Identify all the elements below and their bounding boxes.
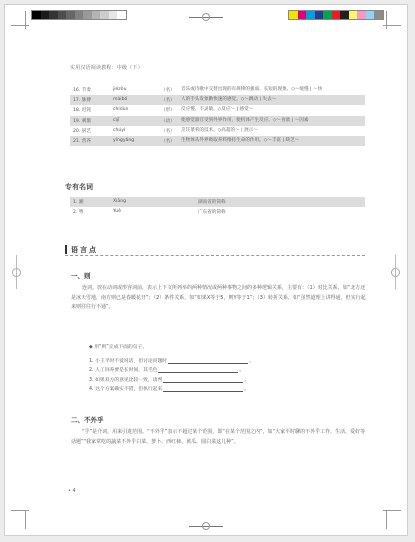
vocab-def: 烹饪菜肴的技术。◇高超的～ | 展示～ [181,128,365,134]
vocab-row: 17. 脉搏màibó（名）人的手头发象勤快速的感觉。◇～跳动 | 失去～ [70,95,365,105]
crop-mark [25,511,26,529]
vocab-pinyin: yíngyǎng [113,138,161,143]
language-points-heading: 语言点 [65,244,365,256]
vocab-pinyin: jiézòu [113,87,161,92]
proper-noun-pinyin: Xiāng [113,199,198,205]
color-swatch [332,11,341,19]
crop-mark [11,510,29,511]
answer-blank [168,358,248,364]
gray-swatch [109,11,118,19]
vocab-pinyin: chídùn [113,107,161,112]
color-swatch [315,11,324,19]
proper-noun-def: 广东省的简称 [198,209,365,215]
gray-swatch [75,11,84,19]
vocab-pinyin: cìjī [113,118,161,123]
gray-swatch [66,11,75,19]
exercise-text: 3. 如果双方的意见比较一致，谈判 [89,376,162,383]
exercise-text: 1. 小王平时不爱说话，但讨论问题时 [89,357,167,364]
vocab-pos: （名） [161,87,181,93]
color-swatch [289,11,298,19]
gray-swatch [41,11,50,19]
vocab-row: 20. 厨艺chúyì（名）烹饪菜肴的技术。◇高超的～ | 展示～ [70,126,365,136]
vocab-row: 21. 营养yíngyǎng（名）生物体从外界吸取养料维持生命的作用。◇～丰富 … [70,136,365,146]
vocab-def: 音乐或诗歌中交替出现的有规律的强弱、长短的现象。◇～缓慢 | ～快 [181,87,365,93]
exercise-item: 3. 如果双方的意见比较一致，谈判。 [89,373,254,383]
proper-nouns-table: 1. 湘Xiāng湖南省的简称2. 粤Yuè广东省的简称 [70,197,365,217]
vocab-pinyin: chúyì [113,128,161,133]
vocab-row: 16. 节奏jiézòu（名）音乐或诗歌中交替出现的有规律的强弱、长短的现象。◇… [70,85,365,95]
vocab-pos: （名） [161,128,181,134]
vocabulary-table: 16. 节奏jiézòu（名）音乐或诗歌中交替出现的有规律的强弱、长短的现象。◇… [70,85,365,146]
crop-mark [25,11,26,29]
language-points-title: 语言点 [71,245,98,255]
vocab-pos: （形） [161,107,181,113]
color-swatch [306,11,315,19]
proper-noun-row: 1. 湘Xiāng湖南省的简称 [70,197,365,207]
crop-mark [386,11,387,29]
vocab-def: 生物体从外界吸取养料维持生命的作用。◇～丰富 | 缺乏～ [181,138,365,144]
gray-swatch [32,11,41,19]
cmyk-color-bar [288,10,384,20]
page-number: • 4 [68,488,76,494]
vocab-num: 21. 营养 [73,138,113,144]
vocab-def: 反应慢，不灵敏。◇反应～ | 感觉～ [181,107,365,113]
vocab-num: 17. 脉搏 [73,97,113,103]
vocab-num: 19. 刺激 [73,118,113,124]
answer-blank [163,386,243,392]
registration-mark-icon [189,13,223,22]
gray-swatch [49,11,58,19]
color-swatch [374,11,383,19]
period: 。 [249,357,254,364]
color-swatch [323,11,332,19]
answer-blank [158,367,238,373]
proper-noun-row: 2. 粤Yuè广东省的简称 [70,207,365,217]
proper-noun-pinyin: Yuè [113,209,198,215]
vocab-def: 人的手头发象勤快速的感觉。◇～跳动 | 失去～ [181,97,365,103]
exercise-text: 4. 这个方案确实不错，但执行起来 [89,385,162,392]
period: 。 [244,376,249,383]
exercise-item: 2. 人工饲养要是长时间，其毛色。 [89,364,254,374]
gray-swatch [100,11,109,19]
vocab-row: 18. 迟钝chídùn（形）反应慢，不灵敏。◇反应～ | 感觉～ [70,105,365,115]
color-swatch [357,11,366,19]
proper-nouns-heading: 专有名词 [65,182,93,192]
gray-swatch [117,11,126,19]
heading-bar [65,245,67,254]
color-swatch [349,11,358,19]
period: 。 [244,385,249,392]
running-head: 实用汉语阅读教程：中级（下） [70,64,143,71]
crop-mark [383,25,401,26]
crop-mark [11,25,29,26]
point1-body: 连词。放在动词或形容词前，表示上下文所列举的两种情况或两种事物之间的多种逻辑关系… [71,284,366,313]
exercise-text: 2. 人工饲养要是长时间，其毛色 [89,366,157,373]
color-swatch [298,11,307,19]
vocab-num: 20. 厨艺 [73,128,113,134]
vocab-pos: （动） [161,118,181,124]
registration-mark-icon [189,522,223,531]
crop-mark [383,510,401,511]
vocab-num: 16. 节奏 [73,87,113,93]
gray-swatch [83,11,92,19]
registration-mark-icon [12,255,21,289]
exercise-block: ◆ 用“则”完成下面的句子。 1. 小王平时不爱说话，但讨论问题时。2. 人工饲… [89,343,254,392]
grayscale-color-bar [31,10,127,20]
color-swatch [366,11,375,19]
proper-noun-def: 湖南省的简称 [198,199,365,205]
document-page: 实用汉语阅读教程：中级（下） 16. 节奏jiézòu（名）音乐或诗歌中交替出现… [4,4,408,536]
crop-mark [386,511,387,529]
vocab-pos: （名） [161,97,181,103]
exercise-prompt: ◆ 用“则”完成下面的句子。 [89,343,254,350]
color-swatch [340,11,349,19]
proper-noun-num: 2. 粤 [73,209,113,215]
vocab-pos: （名） [161,138,181,144]
exercise-item: 1. 小王平时不爱说话，但讨论问题时。 [89,354,254,364]
point1-heading: 一、则 [71,271,91,280]
proper-noun-num: 1. 湘 [73,199,113,205]
gray-swatch [92,11,101,19]
vocab-def: 使感觉器官受到外界作用，使机体产生反应。◇～食欲 | ～因素 [181,118,365,124]
point2-body: “乎”是介词，用来引进范围。“不外乎”表示不超过某个范围，即“在某个范围之内”，… [71,428,366,447]
gray-swatch [58,11,67,19]
vocab-pinyin: màibó [113,97,161,102]
point2-heading: 二、不外乎 [71,415,104,424]
period: 。 [239,366,244,373]
answer-blank [163,377,243,383]
vocab-row: 19. 刺激cìjī（动）使感觉器官受到外界作用，使机体产生反应。◇～食欲 | … [70,116,365,126]
registration-mark-icon [391,255,400,289]
vocab-num: 18. 迟钝 [73,107,113,113]
exercise-item: 4. 这个方案确实不错，但执行起来。 [89,383,254,393]
